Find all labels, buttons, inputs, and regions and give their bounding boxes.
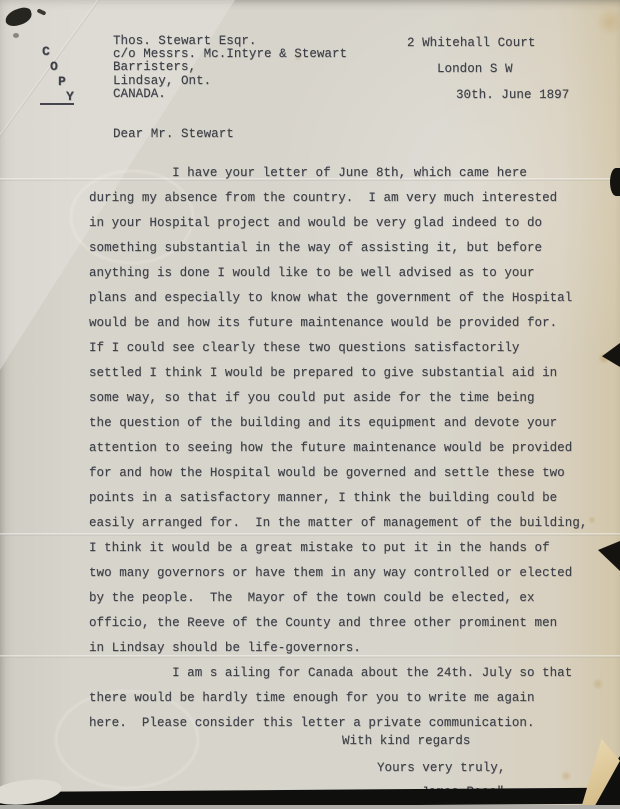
scanned-letter: C O P Y Thos. Stewart Esqr.c/o Messrs. M… [0, 0, 620, 809]
letter-body-line: the question of the building and its equ… [89, 411, 587, 436]
letter-body-line: I have your letter of June 8th, which ca… [89, 161, 587, 186]
recipient-address-line: Barristers, [113, 61, 347, 74]
recipient-address-line: CANADA. [113, 88, 347, 101]
letter-body-line: officio, the Reeve of the County and thr… [89, 611, 587, 636]
letter-body-line: I am s ailing for Canada about the 24th.… [89, 661, 587, 686]
copy-stamp-letter: O [50, 59, 58, 74]
letter-body-line: there would be hardly time enough for yo… [89, 686, 587, 711]
letter-body-line: points in a satisfactory manner, I think… [89, 486, 587, 511]
letter-body-line: would be and how its future maintenance … [89, 311, 587, 336]
letter-page: C O P Y Thos. Stewart Esqr.c/o Messrs. M… [0, 0, 620, 809]
torn-corner-dot [13, 33, 19, 38]
letter-body-line: some way, so that if you could put aside… [89, 386, 587, 411]
letter-body-line: plans and especially to know what the go… [89, 286, 587, 311]
letter-body-line: here. Please consider this letter a priv… [89, 711, 587, 736]
letter-body-line: anything is done I would like to be well… [89, 261, 587, 286]
letter-body-line: in your Hospital project and would be ve… [89, 211, 587, 236]
salutation: Dear Mr. Stewart [113, 127, 234, 141]
letter-body-line: for and how the Hospital would be govern… [89, 461, 587, 486]
scan-edge-strip [0, 805, 620, 809]
edge-tear-upper [610, 168, 620, 196]
letter-body-line: attention to seeing how the future maint… [89, 436, 587, 461]
letter-body-line: If I could see clearly these two questio… [89, 336, 587, 361]
copy-stamp-letter: Y [66, 89, 74, 104]
letter-body-line: easily arranged for. In the matter of ma… [89, 511, 587, 536]
letter-body-line: in Lindsay should be life-governors. [89, 636, 587, 661]
letter-body-line: two many governors or have them in any w… [89, 561, 587, 586]
letter-body-line: I think it would be a great mistake to p… [89, 536, 587, 561]
sender-address-line: 2 Whitehall Court [407, 36, 535, 50]
closing-valediction: Yours very truly, [377, 761, 505, 775]
letter-body-line: during my absence from the country. I am… [89, 186, 587, 211]
sender-city-line: London S W [437, 62, 513, 76]
copy-stamp-underline [40, 103, 74, 105]
letter-body: I have your letter of June 8th, which ca… [89, 161, 587, 736]
letter-body-line: something substantial in the way of assi… [89, 236, 587, 261]
date-line: 30th. June 1897 [456, 88, 569, 102]
recipient-address-line: Lindsay, Ont. [113, 75, 347, 88]
closing-regards: With kind regards [342, 734, 470, 748]
letter-body-line: by the people. The Mayor of the town cou… [89, 586, 587, 611]
copy-stamp-letter: P [58, 74, 66, 89]
copy-stamp-letter: C [42, 44, 50, 59]
letter-body-line: settled I think I would be prepared to g… [89, 361, 587, 386]
recipient-address: Thos. Stewart Esqr.c/o Messrs. Mc.Intyre… [113, 35, 347, 101]
